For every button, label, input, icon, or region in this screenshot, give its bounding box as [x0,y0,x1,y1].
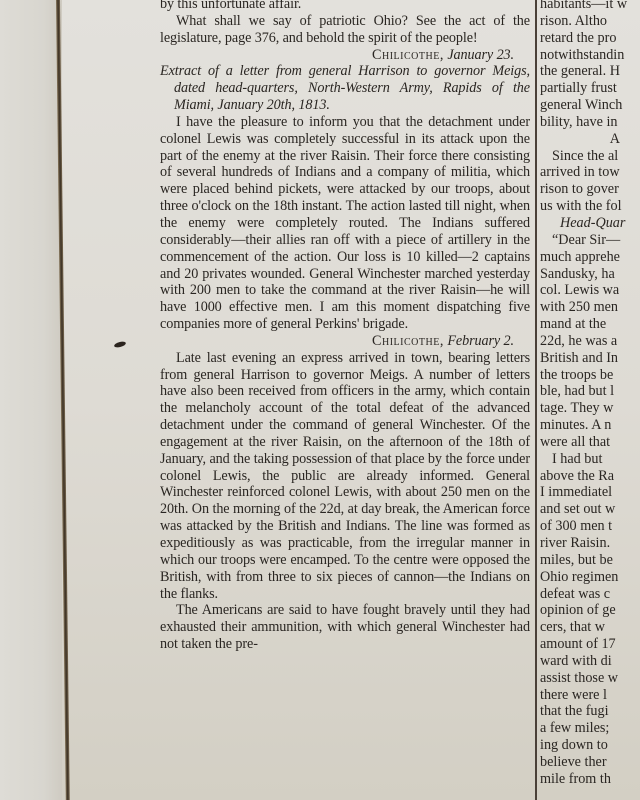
right-column-line: partially frust [540,80,640,97]
underlying-page [0,0,62,800]
right-column-line: arrived in tow [540,164,640,181]
right-column-line: miles, but be [540,552,640,569]
right-column-line: Ohio regimen [540,569,640,586]
right-column-line: rison to gover [540,181,640,198]
right-column-line: assist those w [540,670,640,687]
right-column-line: retard the pro [540,30,640,47]
right-column-line: and set out w [540,501,640,518]
right-column-line: much apprehe [540,249,640,266]
right-column-line: opinion of ge [540,602,640,619]
americans-paragraph: The Americans are said to have fought br… [160,602,530,653]
right-column-line: rison. Altho [540,13,640,30]
dateline-date: January 23. [447,47,514,63]
right-column-line: river Raisin. [540,535,640,552]
right-column-line: Since the al [540,148,640,165]
right-column-line: A [540,131,640,148]
dateline-place: Chilicothe, [372,47,444,63]
right-column-line: I had but [540,451,640,468]
february-paragraph: Late last evening an express arrived in … [160,350,530,603]
right-column-line: ward with di [540,653,640,670]
right-column-line: tage. They w [540,400,640,417]
right-column-line: “Dear Sir— [540,232,640,249]
dateline-february: Chilicothe, February 2. [160,333,530,350]
top-fragment: by this unfortunate affair. [160,0,530,13]
main-column: by this unfortunate affair. What shall w… [160,0,530,653]
harrison-letter: I have the pleasure to inform you that t… [160,114,530,333]
right-column-line: 22d, he was a [540,333,640,350]
dateline-date: February 2. [447,333,514,349]
right-column-line: us with the fol [540,198,640,215]
right-column-line: a few miles; [540,720,640,737]
column-rule [535,0,537,800]
right-column-line: the troops be [540,367,640,384]
right-column-line: above the Ra [540,468,640,485]
right-column-line: defeat was c [540,586,640,603]
right-column-line: were all that [540,434,640,451]
right-column-line: there were l [540,687,640,704]
right-column-line: ble, had but l [540,383,640,400]
right-column-line: mile from th [540,771,640,788]
right-column-line: col. Lewis wa [540,282,640,299]
right-column-line: habitants—it w [540,0,640,13]
right-column-line: general Winch [540,97,640,114]
right-column-line: British and In [540,350,640,367]
right-column-line: cers, that w [540,619,640,636]
right-column-line: Sandusky, ha [540,266,640,283]
ohio-paragraph: What shall we say of patriotic Ohio? See… [160,13,530,47]
right-column-line: ing down to [540,737,640,754]
right-column-line: minutes. A n [540,417,640,434]
right-column: habitants—it wrison. Althoretard the pro… [540,0,640,788]
right-column-line: believe ther [540,754,640,771]
right-column-line: of 300 men t [540,518,640,535]
right-column-line: mand at the [540,316,640,333]
right-column-line: notwithstandin [540,47,640,64]
right-column-line: amount of 17 [540,636,640,653]
right-column-line: I immediatel [540,484,640,501]
dateline-place: Chilicothe, [372,333,444,349]
right-column-line: that the fugi [540,703,640,720]
extract-heading: Extract of a letter from general Harriso… [160,63,530,114]
dateline-january: Chilicothe, January 23. [160,47,530,64]
right-column-line: Head-Quar [540,215,640,232]
right-column-line: the general. H [540,63,640,80]
right-column-line: with 250 men [540,299,640,316]
right-column-line: bility, have in [540,114,640,131]
